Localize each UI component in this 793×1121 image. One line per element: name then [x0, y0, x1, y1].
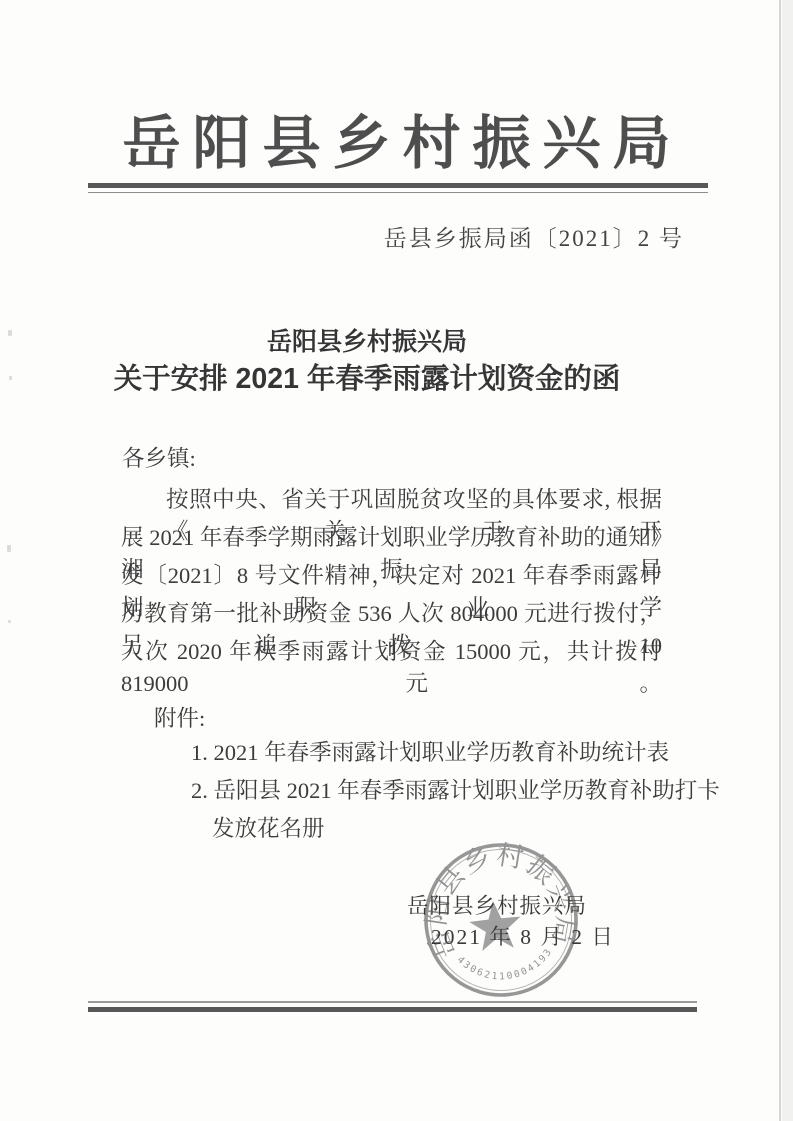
- document-title-line2: 关于安排 2021 年春季雨露计划资金的函: [0, 361, 734, 397]
- scan-speck: [7, 545, 11, 552]
- scan-edge-shadow: [782, 0, 793, 1121]
- scan-speck: [9, 376, 12, 380]
- footer-rule-thin: [88, 1001, 697, 1003]
- scan-edge-line: [779, 0, 781, 1121]
- footer-rule-thick: [88, 1007, 697, 1012]
- masthead-rule-thick: [88, 183, 708, 188]
- agency-masthead: 岳阳县乡村振兴局: [0, 96, 793, 180]
- salutation: 各乡镇:: [122, 446, 196, 472]
- doc-number: 岳县乡振局函〔2021〕2 号: [384, 220, 684, 253]
- paragraph-line: 发〔2021〕8 号文件精神，决定对 2021 年春季雨露计划职业学: [121, 558, 662, 585]
- signature-agency: 岳阳县乡村振兴局: [407, 889, 587, 920]
- attachment-item-2: 2. 岳阳县 2021 年春季雨露计划职业学历教育补助打卡: [191, 778, 720, 804]
- paragraph-line: 人次 2020 年秋季雨露计划资金 15000 元，共计拨付 819000 元。: [121, 634, 662, 661]
- document-page: 岳阳县乡村振兴局 岳县乡振局函〔2021〕2 号 岳阳县乡村振兴局 关于安排 2…: [0, 0, 793, 1121]
- attachment-item-2-continued: 发放花名册: [212, 816, 325, 842]
- masthead-rule-thin: [88, 192, 708, 194]
- paragraph-line: 展 2021 年春季学期雨露计划职业学历教育补助的通知》湘振局: [121, 520, 662, 547]
- attachments-label: 附件:: [154, 706, 205, 732]
- scan-speck: [8, 620, 11, 623]
- document-title: 岳阳县乡村振兴局 关于安排 2021 年春季雨露计划资金的函: [0, 326, 734, 397]
- attachment-item-1: 1. 2021 年春季雨露计划职业学历教育补助统计表: [191, 740, 669, 766]
- signature-date: 2021 年 8 月 2 日: [431, 920, 615, 951]
- document-title-line1: 岳阳县乡村振兴局: [0, 326, 734, 358]
- paragraph-line: 历教育第一批补助资金 536 人次 804000 元进行拨付，另追拨 10: [121, 596, 662, 623]
- paragraph-line: 按照中央、省关于巩固脱贫攻坚的具体要求, 根据《关于开: [121, 482, 662, 509]
- scan-speck: [8, 330, 12, 336]
